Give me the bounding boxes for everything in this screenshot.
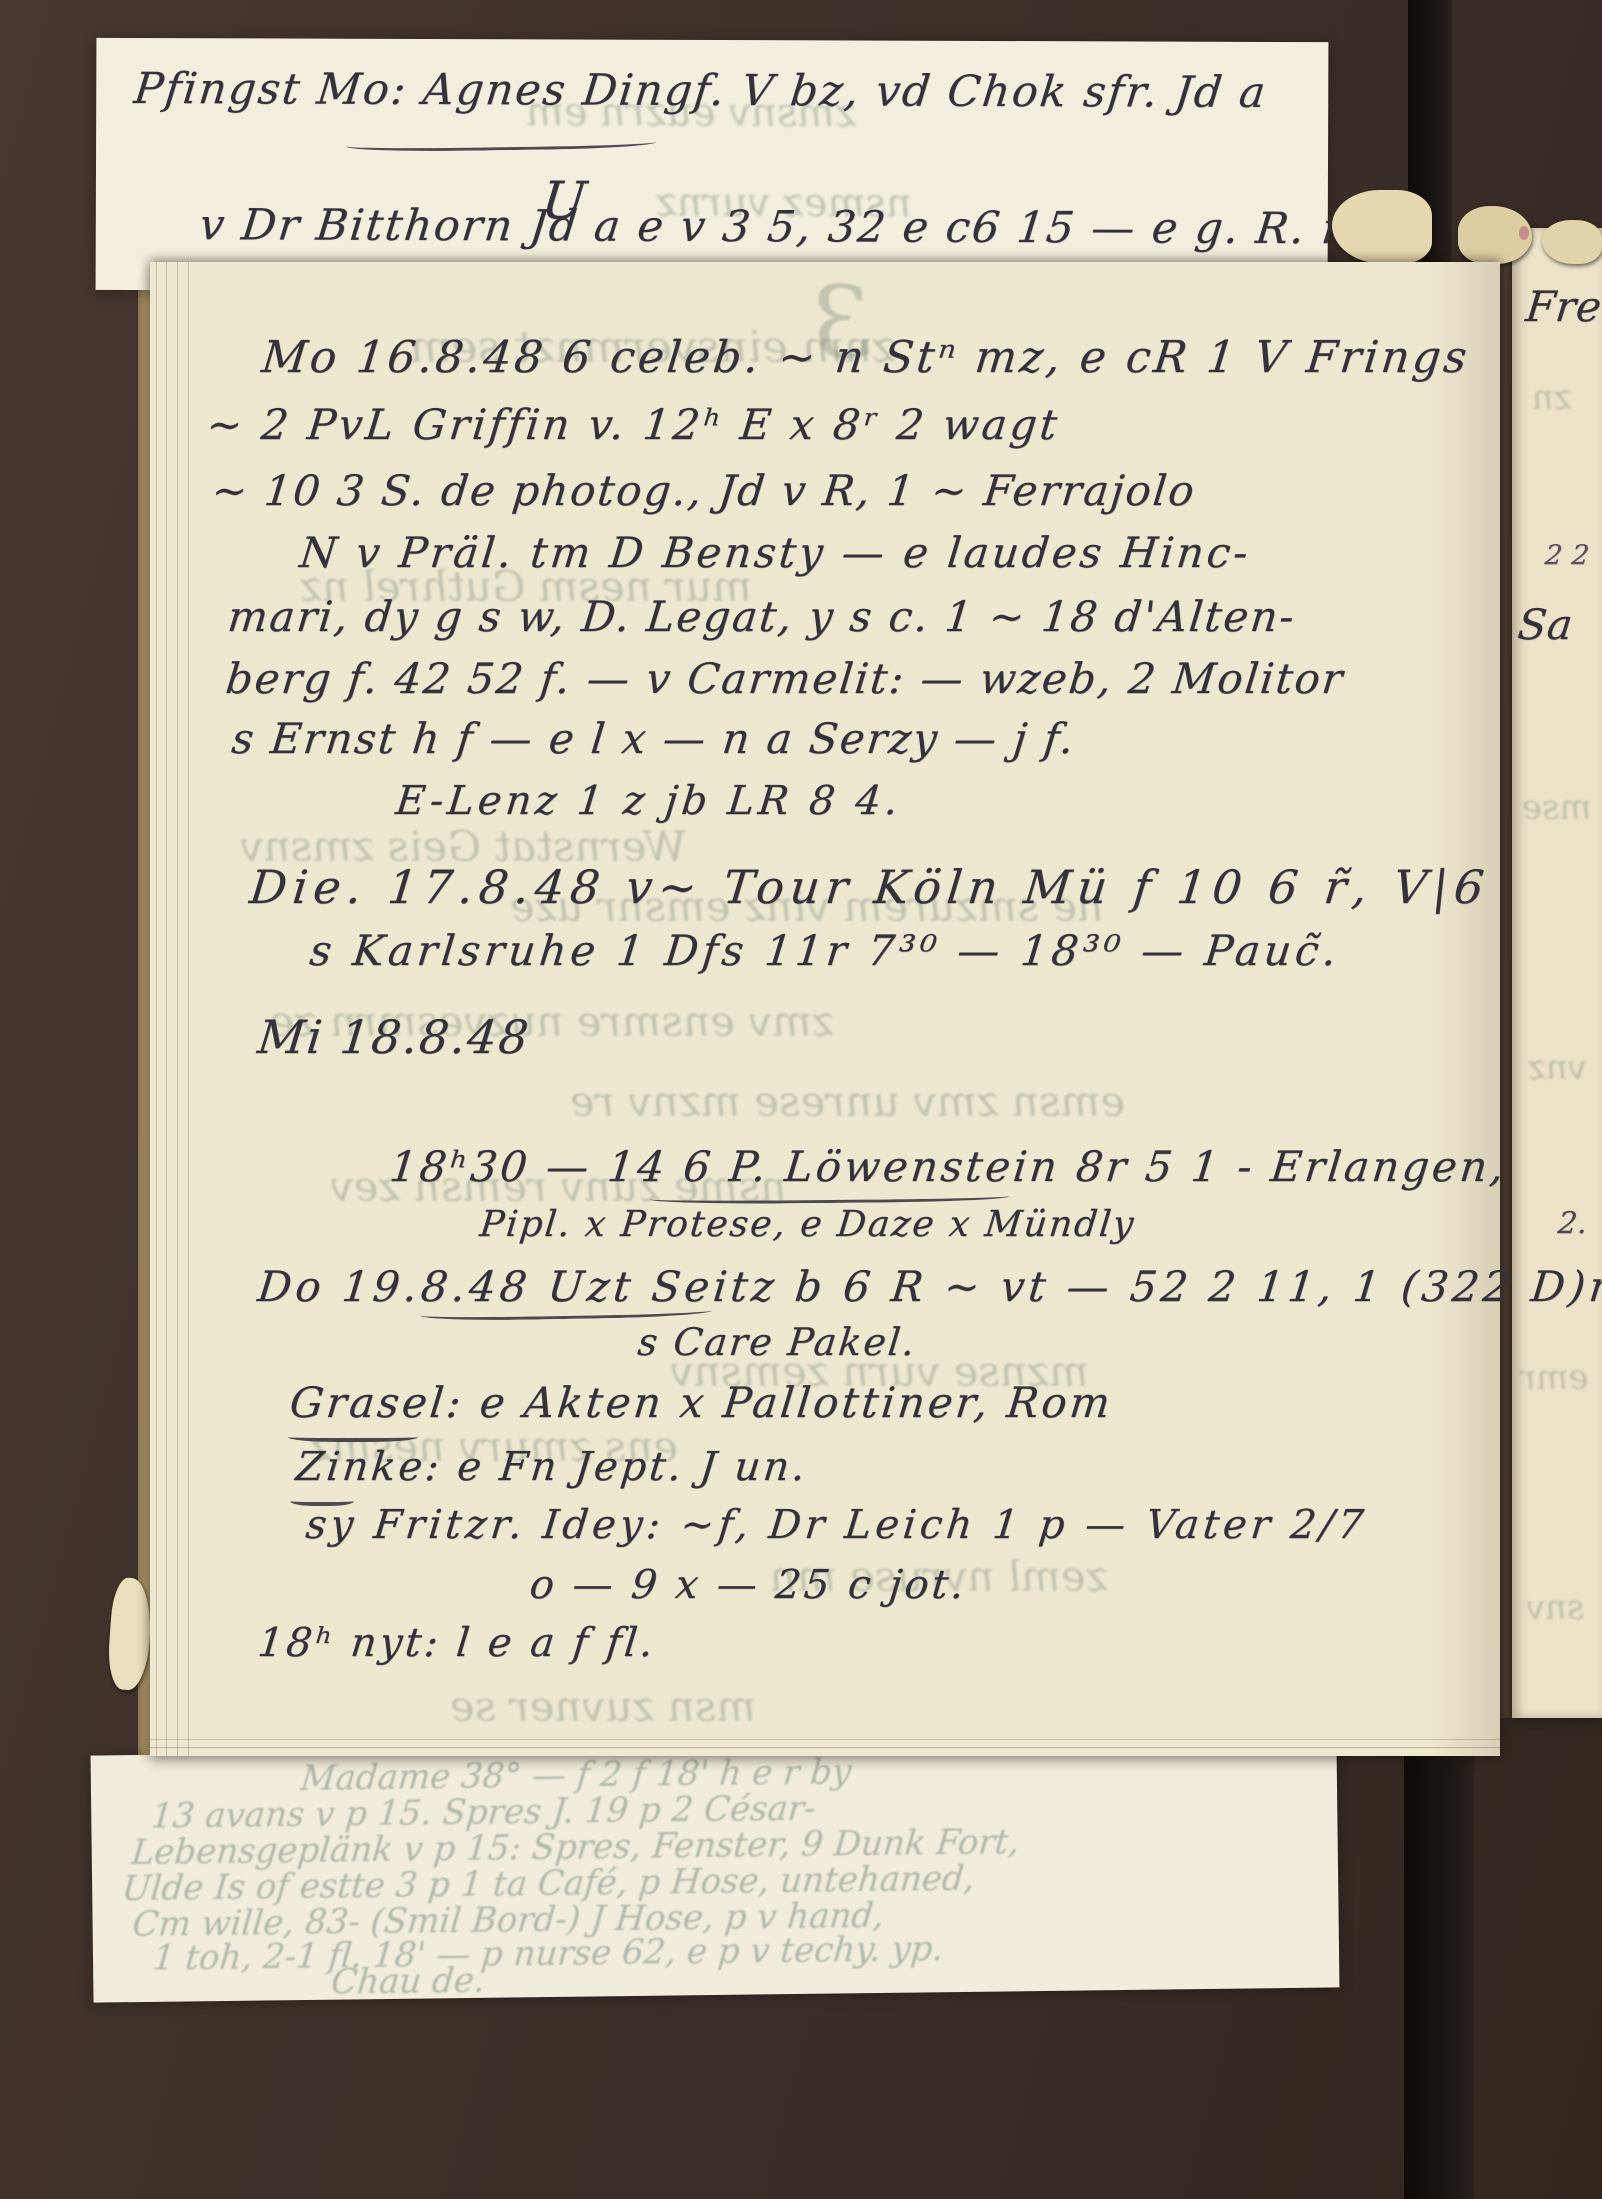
sheet-edge <box>150 1739 1500 1740</box>
diary-line: mari, dy g s w, D. Legat, y s c. 1 ~ 18 … <box>225 592 1298 641</box>
photo-of-open-diary: Madame 38° — f 2 f 18' h e r by 13 avans… <box>0 0 1602 2199</box>
diary-line: ~ 2 PvL Griffin v. 12ʰ E x 8ʳ 2 wagt <box>204 400 1062 449</box>
bleedthrough-text: mse <box>1520 788 1594 828</box>
diary-line: Pipl. x Protese, e Daze x Mündly <box>478 1204 1137 1245</box>
diary-line: E-Lenz 1 z jb LR 8 4. <box>394 778 904 824</box>
diary-line: sy Fritzr. Idey: ~f, Dr Leich 1 p — Vate… <box>304 1502 1370 1548</box>
pencil-line: 1 toh, 2-1 fl. 18' — p nurse 62, e p v t… <box>151 1929 945 1979</box>
pencil-line: Chau de. <box>329 1961 486 2003</box>
diary-line-fragment: Fre <box>1523 282 1602 331</box>
ink-underline <box>288 1430 418 1442</box>
diary-line: v Dr Bitthorn Jd a e v 3 5, 32 e c6 15 —… <box>197 200 1424 254</box>
paper-fleck <box>1519 226 1529 240</box>
bleedthrough-text: emr <box>1518 1358 1591 1398</box>
torn-paper-bit <box>1332 190 1432 264</box>
diary-line-fragment: Sa <box>1515 600 1575 649</box>
diary-line: ~ 10 3 S. de photog., Jd v R, 1 ~ Ferraj… <box>209 466 1198 515</box>
sheet-edge <box>156 262 157 1756</box>
gutter-shading <box>1430 262 1500 1756</box>
diary-line: Grasel: e Akten x Pallottiner, Rom <box>287 1378 1115 1427</box>
torn-paper-bit <box>1542 220 1602 264</box>
diary-line: Pfingst Mo: Agnes Dingf. V bz, vd Chok s… <box>132 64 1270 118</box>
diary-line: Do 19.8.48 Uzt Seitz b 6 R ~ vt — 52 2 1… <box>255 1262 1602 1311</box>
diary-line: N v Präl. tm D Bensty — e laudes Hinc- <box>297 528 1253 577</box>
diary-line: o — 9 x — 25 c jot. <box>528 1562 970 1608</box>
diary-line: 18ʰ nyt: l e a f fl. <box>256 1620 659 1666</box>
diary-line: 18ʰ30 — 14 6 P. Löwenstein 8r 5 1 - Erla… <box>387 1142 1509 1191</box>
diary-line: Mo 16.8.48 6 celeb. ~ n Stⁿ mz, e cR 1 V… <box>259 332 1472 383</box>
ink-underline <box>290 1494 354 1506</box>
spine-shadow-band-bottom <box>1404 1700 1474 2199</box>
diary-line: Die. 17.8.48 v~ Tour Köln Mü f 10 6 r̃, … <box>247 860 1492 914</box>
bottom-page: Madame 38° — f 2 f 18' h e r by 13 avans… <box>91 1740 1340 2002</box>
main-page: 3 znm einsvermnzt sem mur nesm Guthrel n… <box>150 262 1500 1756</box>
diary-line: s Ernst h f — e l x — n a Serzy — j f. <box>229 714 1077 763</box>
diary-line: Mi 18.8.48 <box>255 1010 533 1064</box>
ink-underline <box>346 133 656 152</box>
diary-line: Zinke: e Fn Jept. J un. <box>294 1444 811 1490</box>
sheet-edge <box>177 262 178 1756</box>
sheet-edge <box>150 1747 1500 1748</box>
right-page: Fre 2 2 Sa 2. zn mse vnz emr snv <box>1512 228 1602 1718</box>
bleedthrough-text: emsn zmv unrese mznv re <box>567 1077 1128 1126</box>
diary-line-fragment: 2 2 <box>1543 540 1591 571</box>
diary-line: berg f. 42 52 f. — v Carmelit: — wzeb, 2… <box>223 654 1346 703</box>
bleedthrough-text: snv <box>1524 1588 1587 1628</box>
diary-line-fragment: 2. <box>1556 1206 1589 1241</box>
bleedthrough-text: vnz <box>1526 1048 1589 1088</box>
sheet-edge <box>166 262 167 1756</box>
sheet-edge <box>188 262 189 1756</box>
diary-line: s Care Pakel. <box>636 1320 919 1364</box>
bleedthrough-text: msn zuvner se <box>447 1682 759 1731</box>
bleedthrough-text: zn <box>1530 378 1574 418</box>
top-page: zmsnv euzrn em nsmez vurnz Pfingst Mo: A… <box>96 38 1329 294</box>
diary-line: s Karlsruhe 1 Dfs 11r 7³⁰ — 18³⁰ — Pauc̃… <box>307 926 1342 975</box>
